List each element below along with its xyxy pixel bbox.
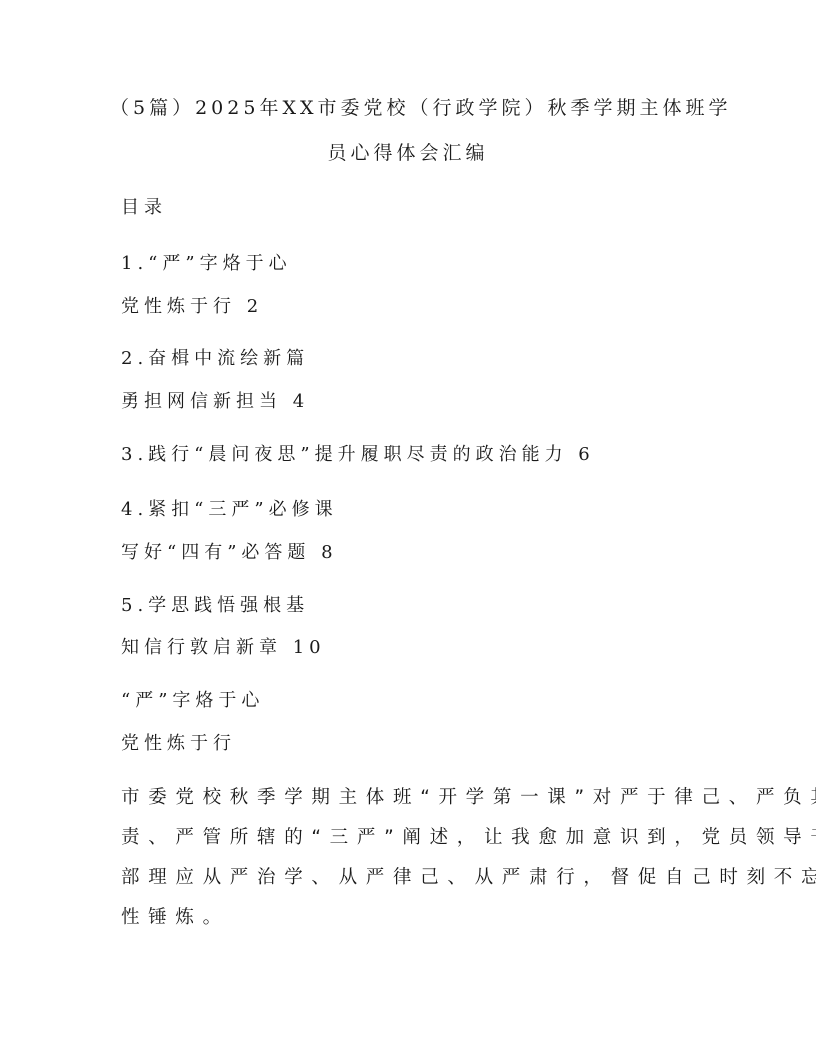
toc-entry-2-line-1: 2.奋楫中流绘新篇	[121, 347, 309, 371]
toc-entry-4-line-1: 4.紧扣“三严”必修课	[121, 498, 338, 522]
document-title-line-1: （5篇）2025年XX市委党校（行政学院）秋季学期主体班学	[110, 96, 706, 120]
section-1-paragraph-line-4: 性锤炼。	[121, 906, 230, 930]
section-1-paragraph-line-3: 部理应从严治学、从严律己、从严肃行，督促自己时刻不忘党	[121, 866, 816, 890]
section-1-heading-line-1: “严”字烙于心	[121, 689, 264, 713]
document-title-line-2: 员心得体会汇编	[110, 141, 706, 165]
document-page: （5篇）2025年XX市委党校（行政学院）秋季学期主体班学 员心得体会汇编 目录…	[0, 0, 816, 1056]
toc-heading: 目录	[121, 196, 167, 220]
toc-entry-5-line-2: 知信行敦启新章 10	[121, 636, 326, 660]
section-1-paragraph-line-2: 责、严管所辖的“三严”阐述，让我愈加意识到，党员领导干	[121, 826, 816, 850]
toc-entry-3-line-1: 3.践行“晨问夜思”提升履职尽责的政治能力 6	[121, 443, 595, 467]
toc-entry-4-line-2: 写好“四有”必答题 8	[121, 541, 338, 565]
toc-entry-1-line-1: 1.“严”字烙于心	[121, 252, 292, 276]
toc-entry-1-line-2: 党性炼于行 2	[121, 295, 263, 319]
section-1-heading-line-2: 党性炼于行	[121, 732, 236, 756]
toc-entry-2-line-2: 勇担网信新担当 4	[121, 390, 309, 414]
toc-entry-5-line-1: 5.学思践悟强根基	[121, 594, 309, 618]
section-1-paragraph-line-1: 市委党校秋季学期主体班“开学第一课”对严于律己、严负其	[121, 786, 816, 810]
